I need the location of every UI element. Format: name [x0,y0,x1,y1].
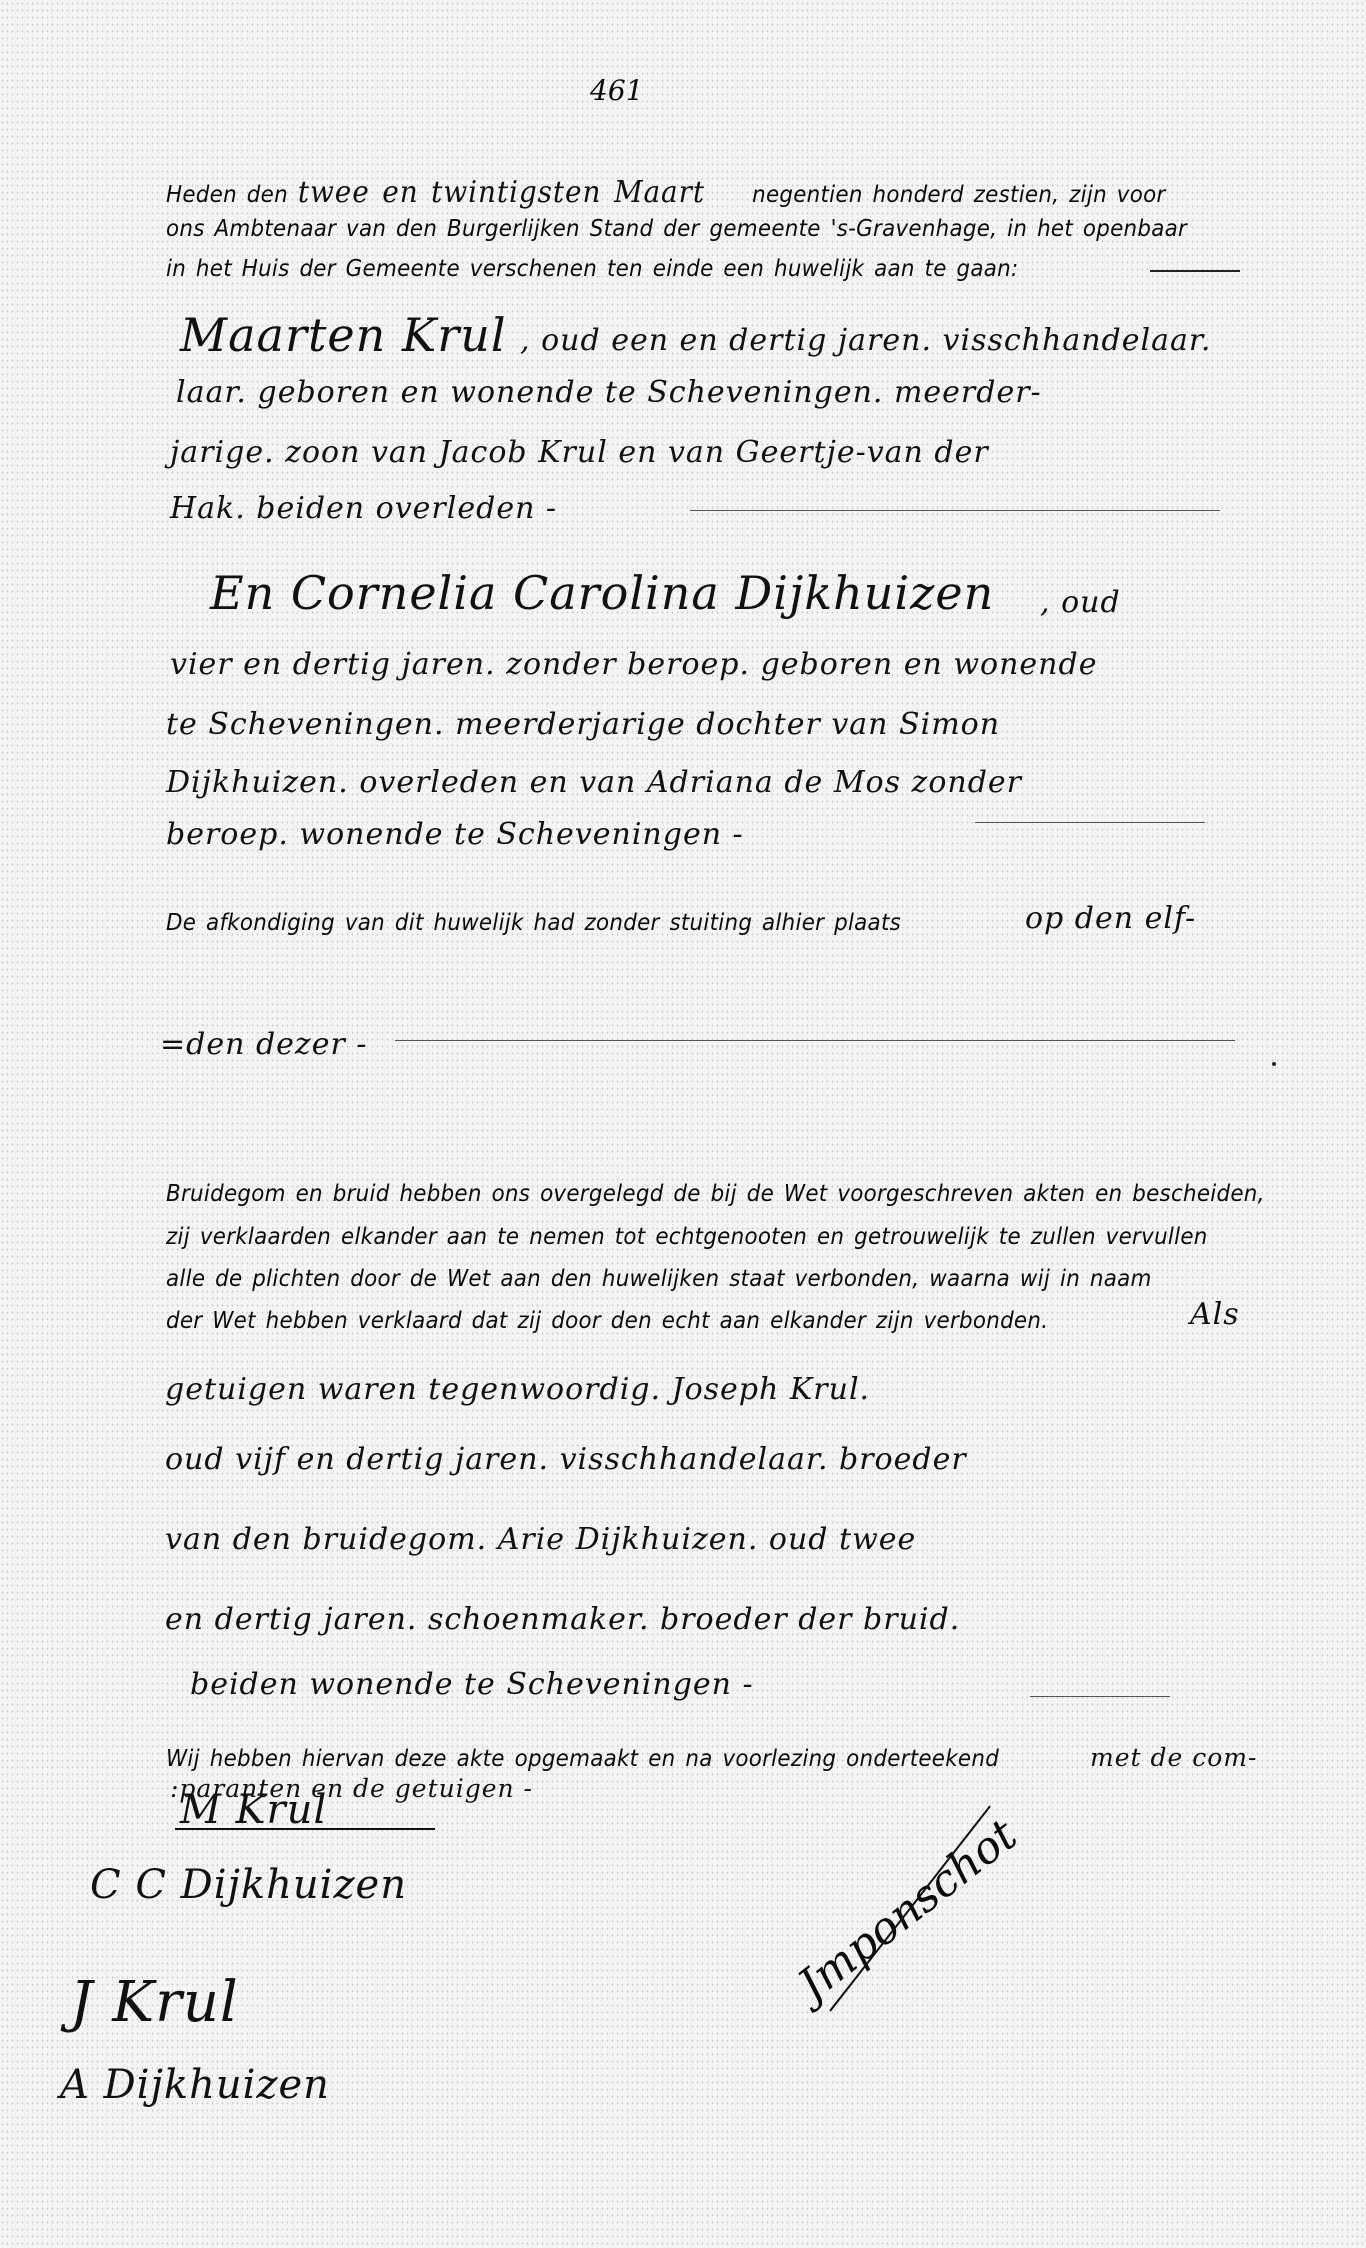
filler-rule [975,822,1205,823]
proclamation-handwritten-1: op den elf- [1025,904,1196,934]
groom-name: Maarten Krul [180,312,507,358]
witness-line-5: beiden wonende te Scheveningen - [190,1670,754,1700]
intro-line-3: in het Huis der Gemeente verschenen ten … [166,258,1236,281]
bride-line-2: vier en dertig jaren. zonder beroep. geb… [170,650,1097,680]
ink-dot [1272,1062,1276,1066]
bride-line-1: , oud [1040,588,1121,618]
page-number: 461 [590,74,643,107]
filler-rule [690,510,1220,511]
signature-official-flourish [829,1806,991,2012]
witness-line-3: van den bruidegom. Arie Dijkhuizen. oud … [165,1525,916,1555]
intro-suffix: negentien honderd zestien, zijn voor [752,182,1165,208]
declaration-line-1: Bruidegom en bruid hebben ons overgelegd… [166,1183,1236,1206]
groom-line-4: Hak. beiden overleden - [170,494,557,524]
declaration-line-4: der Wet hebben verklaard dat zij door de… [166,1310,1236,1333]
witness-line-1: getuigen waren tegenwoordig. Joseph Krul… [165,1375,870,1405]
witness-line-4: en dertig jaren. schoenmaker. broeder de… [165,1605,960,1635]
signature-bride: C C Dijkhuizen [90,1865,407,1905]
bride-line-4: Dijkhuizen. overleden en van Adriana de … [166,768,1022,798]
filler-rule [1030,1696,1170,1697]
signature-witness-2: A Dijkhuizen [60,2065,330,2105]
declaration-line-2: zij verklaarden elkander aan te nemen to… [166,1226,1236,1249]
closing-handwritten-1: met de com- [1090,1745,1257,1770]
signature-witness-1: J Krul [70,1975,239,2031]
groom-line-3: jarige. zoon van Jacob Krul en van Geert… [170,438,989,468]
declaration-line-3: alle de plichten door de Wet aan den huw… [166,1268,1236,1291]
signature-groom-underline [175,1828,435,1830]
intro-line-1: Heden den twee en twintigsten Maart nege… [166,178,1236,208]
groom-line-2: laar. geboren en wonende te Scheveningen… [176,378,1042,408]
filler-rule [1150,270,1240,272]
filler-rule [395,1040,1235,1041]
witness-line-2: oud vijf en dertig jaren. visschhandelaa… [165,1445,967,1475]
intro-prefix: Heden den [166,182,288,208]
declaration-handwritten-tail: Als [1190,1300,1240,1330]
marriage-certificate-page: 461 Heden den twee en twintigsten Maart … [0,0,1366,2248]
bride-name: En Cornelia Carolina Dijkhuizen [210,570,994,616]
bride-line-5: beroep. wonende te Scheveningen - [166,820,744,850]
intro-line-2: ons Ambtenaar van den Burgerlijken Stand… [166,218,1236,241]
bride-line-3: te Scheveningen. meerderjarige dochter v… [166,710,1000,740]
handwritten-date: twee en twintigsten Maart [298,175,705,210]
signature-groom: M Krul [180,1790,327,1830]
groom-line-1: , oud een en dertig jaren. visschhandela… [520,326,1211,356]
proclamation-handwritten-2: =den dezer - [160,1030,367,1060]
closing-printed: Wij hebben hiervan deze akte opgemaakt e… [166,1748,1236,1771]
